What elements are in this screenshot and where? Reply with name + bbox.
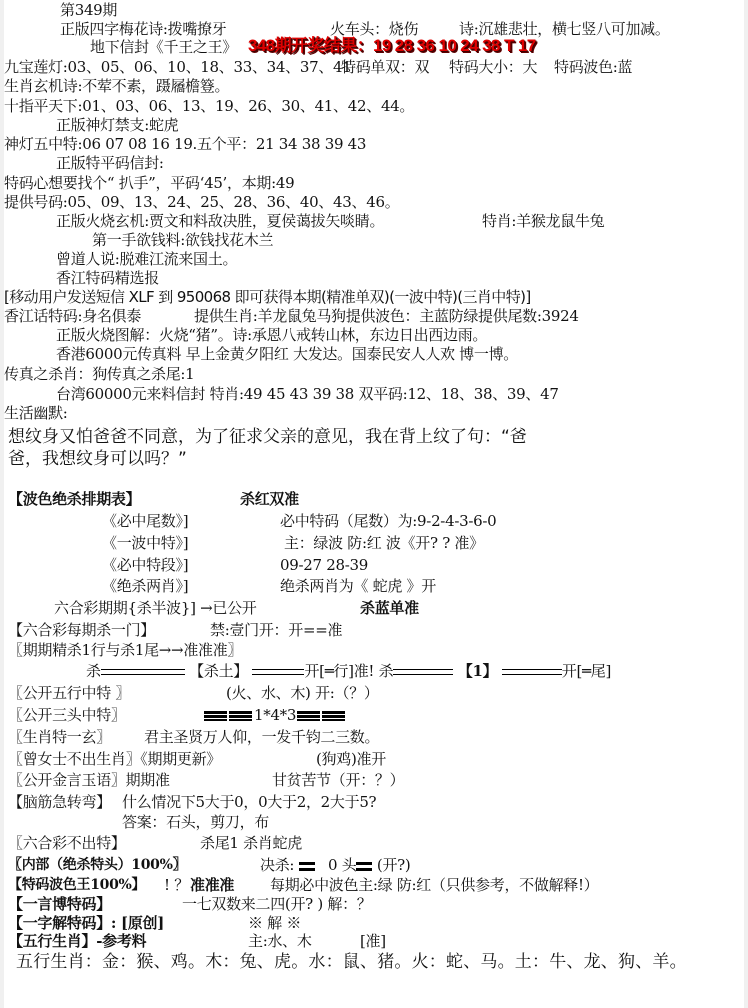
table-row-label: 《必中特段》] xyxy=(102,556,188,575)
kai-xing: 开[═行]准! xyxy=(304,662,374,680)
neibu-zero: 0 头 xyxy=(328,856,356,874)
bar-icon xyxy=(229,711,252,721)
wuxing-sx-main: 主:水、木 xyxy=(248,932,312,951)
wuxing-sx-label: 【五行生肖】-参考料 xyxy=(8,932,146,951)
zeng-label: 〖曾女士不出生肖〗《期期更新》 xyxy=(8,750,221,769)
kill-red: 杀红双准 xyxy=(240,490,299,509)
santou-row: 1*4*3 xyxy=(204,706,347,725)
hk-6000: 香港6000元传真料 早上金黄夕阳红 大发达。国泰民安人人欢 博一博。 xyxy=(56,345,518,364)
provide-zodiac: 提供生肖:羊龙鼠兔马狗提供波色：主蓝防绿提供尾数:3924 xyxy=(194,307,579,326)
bose-mid: ! ？ xyxy=(164,876,189,895)
bar-icon xyxy=(297,711,320,721)
double-line xyxy=(502,669,562,675)
brain-label: 【脑筋急转弯】 xyxy=(8,793,111,812)
draw-result: 348期开奖结果：19 28 36 10 24 38 T 17 xyxy=(248,36,536,55)
table-row-label: 《一波中特》] xyxy=(102,534,188,553)
xinxiang-line: 特码心想要找个“ 扒手”，平码‘45’，本期:49 xyxy=(4,174,294,193)
shendeng-ban: 正版神灯禁支:蛇虎 xyxy=(56,116,178,135)
special-size: 特码大小：大 xyxy=(449,58,537,77)
equals-icon xyxy=(356,862,372,871)
tepingma-letter: 正版特平码信封: xyxy=(56,154,164,173)
table-row-value: 必中特码（尾数）为:9-2-4-3-6-0 xyxy=(280,512,496,531)
xing-wei-title: 〖期期精杀1行与杀1尾→→准准准〗 xyxy=(8,641,242,660)
wuxing-label: 〖公开五行中特 〗 xyxy=(8,684,130,703)
jinyan-value: 甘贫苦节（开：？） xyxy=(272,771,404,790)
special-color: 特码波色:蓝 xyxy=(554,58,632,77)
door-value: 禁:壹门开：开==准 xyxy=(210,621,342,640)
bose-zhun: 准准准 xyxy=(190,876,234,895)
neibu-label: 〖内部（绝杀特头）100%〗 xyxy=(8,856,186,875)
fire-chart: 正版火烧图解：火烧“猪”。诗:承恩八戒转山林，东边日出西边雨。 xyxy=(56,326,487,345)
table-row-value: 09-27 28-39 xyxy=(280,556,368,575)
joke-line-2: 爸，我想纹身可以吗？” xyxy=(8,448,187,470)
kill-b: 杀 xyxy=(379,662,394,680)
bar-icon xyxy=(204,711,227,721)
neibu-open: (开?) xyxy=(377,856,411,874)
bose-label: 【特码波色王100%】 xyxy=(8,876,145,895)
wuxing-sx-zhun: [准] xyxy=(360,932,386,951)
fire-mystery: 正版火烧玄机:贾文和料敌决胜，夏侯蔼拔矢啖睛。 xyxy=(56,212,384,231)
kill-a: 杀 xyxy=(86,662,101,680)
shendeng-five: 神灯五中特:06 07 08 16 19.五个平：21 34 38 39 43 xyxy=(4,135,366,154)
double-line xyxy=(252,669,304,675)
bose-value: 每期必中波色主:绿 防:红（只供参考，不做解释!） xyxy=(270,876,598,895)
first-hand: 第一手欲钱料:欲钱找花木兰 xyxy=(92,231,273,250)
double-line xyxy=(393,669,453,675)
humor-label: 生活幽默: xyxy=(4,404,68,423)
yiyan-label: 【一言博特码】 xyxy=(8,895,111,914)
kill-row: 杀 【杀土】 开[═行]准! 杀 【1】 开[═尾] xyxy=(86,662,611,681)
wuxing-sx-full: 五行生肖：金：猴、鸡。木：兔、虎。水：鼠、猪。火：蛇、马。土：牛、龙、狗、羊。 xyxy=(16,951,687,973)
brain-question: 什么情况下5大于0，0大于2，2大于5? xyxy=(122,793,376,812)
yizi-value: ※ 解 ※ xyxy=(248,914,301,933)
poem-label: 正版四字梅花诗:拨嘴撩牙 xyxy=(60,20,226,39)
neibu-kill: 决杀: xyxy=(260,856,294,874)
joke-line-1: 想纹身又怕爸爸不同意，为了征求父亲的意见，我在背上纹了句：“爸 xyxy=(8,426,527,448)
te-xiao: 特肖:羊猴龙鼠牛兔 xyxy=(482,212,604,231)
provide-numbers: 提供号码:05、09、13、24、25、28、36、40、43、46。 xyxy=(4,193,399,212)
kill-blue: 杀蓝单准 xyxy=(360,599,419,618)
door-label: 【六合彩每期杀一门】 xyxy=(8,621,155,640)
brain-answer: 答案：石头，剪刀，布 xyxy=(122,813,269,832)
yiyan-value: 一七双数来二四(开? ) 解：？ xyxy=(182,895,371,914)
yizi-label: 【一字解特码】: [原创] xyxy=(8,914,164,933)
zeng-value: (狗鸡)准开 xyxy=(316,750,386,769)
shengxiao-label: 〖生肖特一玄〗 xyxy=(8,728,111,747)
zodiac-poem: 生肖玄机诗:不荤不素，蹑屩檐簦。 xyxy=(4,77,229,96)
table-row-label: 《必中尾数》] xyxy=(102,512,188,531)
double-line xyxy=(101,669,185,675)
half-wave: 六合彩期期{杀半波}] →已公开 xyxy=(54,599,256,618)
jinyan-label: 〖公开金言玉语〗期期准 xyxy=(8,771,170,790)
table-row-value: 主：绿波 防:红 波《开? ? 准》 xyxy=(284,534,484,553)
issue-number: 第349期 xyxy=(60,1,117,20)
xiangjiang-hua: 香江话特码:身名俱泰 xyxy=(4,307,141,326)
jiubao-line: 九宝莲灯:03、05、06、10、18、33、34、37、41 xyxy=(4,58,352,77)
table-title: 【波色绝杀排期表】 xyxy=(8,490,140,509)
buchute-value: 杀尾1 杀肖蛇虎 xyxy=(200,834,302,853)
equals-icon xyxy=(299,862,315,871)
tw-60000: 台湾60000元来料信封 特肖:49 45 43 39 38 双平码:12、18… xyxy=(56,385,559,404)
fax-kill: 传真之杀肖：狗传真之杀尾:1 xyxy=(4,365,194,384)
shizhi-line: 十指平天下:01、03、06、13、19、26、30、41、42、44。 xyxy=(4,97,414,116)
lottery-bulletin-page: 第349期 正版四字梅花诗:拨嘴撩牙 火车头：烧伤 诗:沉雄悲壮，横七竖八可加减… xyxy=(4,0,744,1008)
wuxing-value: (火、水、木) 开:（？） xyxy=(226,684,379,703)
table-row-value: 绝杀两肖为《 蛇虎 》开 xyxy=(280,577,436,596)
buchute-label: 〖六合彩不出特】 xyxy=(8,834,126,853)
shengxiao-value: 君主圣贤万人仰，一发千钧二三数。 xyxy=(144,728,379,747)
neibu-row: 决杀: 0 头 (开?) xyxy=(260,856,410,875)
letter-title: 地下信封《千王之王》 xyxy=(90,38,237,57)
kill-earth: 【杀土】 xyxy=(189,662,248,680)
santou-value: 1*4*3 xyxy=(254,706,296,724)
kill-one: 【1】 xyxy=(458,662,498,680)
santou-label: 〖公开三头中特〗 xyxy=(8,706,126,725)
special-oddeven: 特码单双：双 xyxy=(341,58,429,77)
sms-promo: [移动用户发送短信 XLF 到 950068 即可获得本期(精准单双)(一波中特… xyxy=(4,288,531,307)
bar-icon xyxy=(322,711,345,721)
table-row-label: 《绝杀两肖》] xyxy=(102,577,188,596)
kai-wei: 开[═尾] xyxy=(562,662,611,680)
zeng-dao: 曾道人说:脱难江流来国土。 xyxy=(56,250,237,269)
xiangjiang-title: 香江特码精选报 xyxy=(56,269,159,288)
